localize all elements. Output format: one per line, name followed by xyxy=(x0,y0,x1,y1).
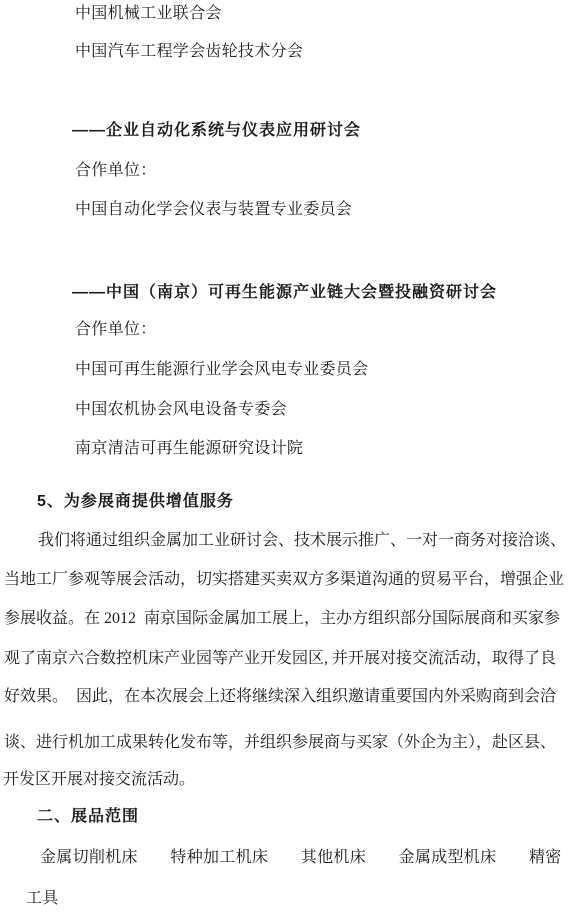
partner-line: 中国农机协会风电设备专委会 xyxy=(75,400,287,420)
paragraph-line: 我们将通过组织金属加工业研讨会、技术展示推广、一对一商务对接洽谈、 xyxy=(38,531,566,551)
organizer-line-1: 中国机械工业联合会 xyxy=(75,4,222,24)
paragraph-line: 当地工厂参观等展会活动，切实搭建买卖双方多渠道沟通的贸易平台，增强企业 xyxy=(4,570,564,590)
seminar-renewable-title: ——中国（南京）可再生能源产业链大会暨投融资研讨会 xyxy=(72,283,497,303)
partner-line: 南京清洁可再生能源研究设计院 xyxy=(75,439,303,459)
cooperation-label-automation: 合作单位： xyxy=(75,161,157,181)
document-page: 中国机械工业联合会 中国汽车工程学会齿轮技术分会 ——企业自动化系统与仪表应用研… xyxy=(0,0,580,924)
cooperation-label-renewable: 合作单位： xyxy=(75,320,157,340)
exhibit-scope-heading: 二、展品范围 xyxy=(37,807,139,827)
exhibit-items-line: 金属切削机床 特种加工机床 其他机床 金属成型机床 精密 xyxy=(40,848,562,868)
seminar-automation-title: ——企业自动化系统与仪表应用研讨会 xyxy=(72,121,361,141)
paragraph-line: 好效果。 因此，在本次展会上还将继续深入组织邀请重要国内外采购商到会洽 xyxy=(4,687,556,707)
paragraph-line: 观了南京六合数控机床产业园等产业开发园区, 并开展对接交流活动，取得了良 xyxy=(4,649,556,669)
paragraph-line: 参展收益。在 2012 南京国际金属加工展上，主办方组织部分国际展商和买家参 xyxy=(4,609,560,629)
value-services-heading: 5、为参展商提供增值服务 xyxy=(37,492,234,512)
exhibit-items-line-wrap: 工具 xyxy=(26,889,59,909)
paragraph-line: 谈、进行机加工成果转化发布等，并组织参展商与买家（外企为主），赴区县、 xyxy=(4,733,556,753)
paragraph-line: 开发区开展对接交流活动。 xyxy=(3,770,195,790)
partner-line: 中国可再生能源行业学会风电专业委员会 xyxy=(75,360,368,380)
organizer-line-2: 中国汽车工程学会齿轮技术分会 xyxy=(75,42,303,62)
partner-line: 中国自动化学会仪表与装置专业委员会 xyxy=(75,200,352,220)
